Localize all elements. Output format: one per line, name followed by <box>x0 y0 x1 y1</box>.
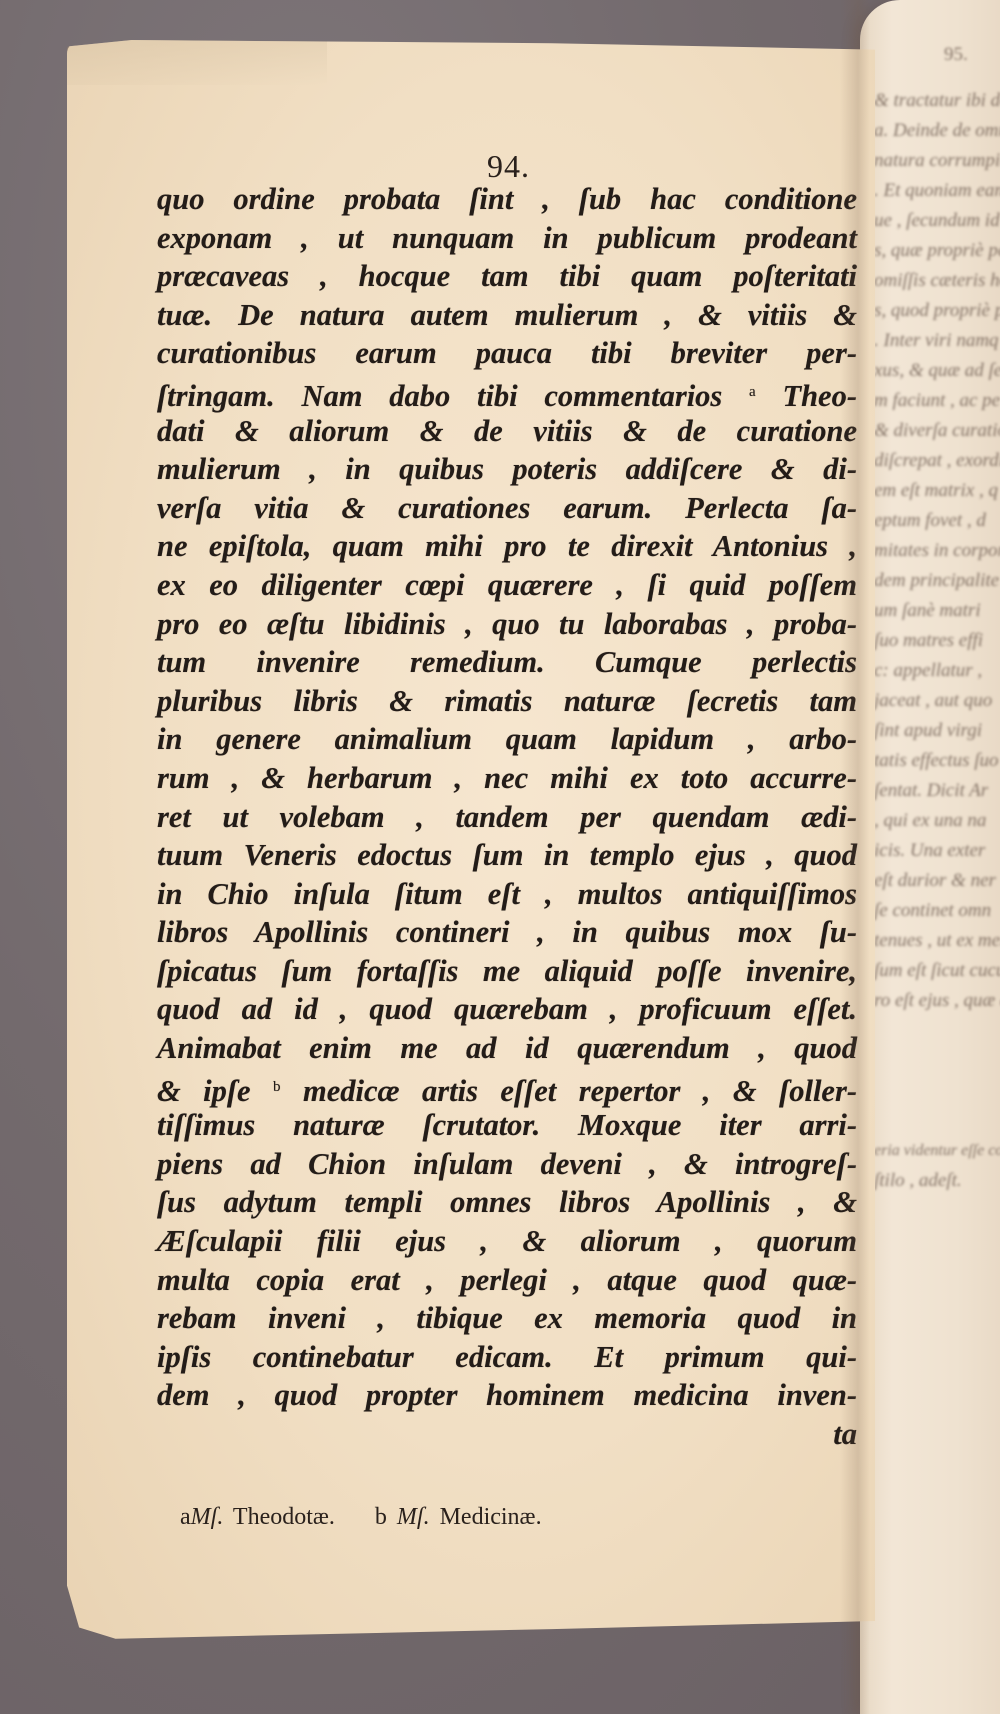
right-line: um ſanè matri <box>874 596 1000 626</box>
right-line: em eſt matrix , q <box>874 476 1000 506</box>
footnote-marker-a: a <box>749 384 756 400</box>
right-line: & tractatur ibi de ſe <box>874 86 1000 116</box>
text-line: ipſis continebatur edicam. Et primum qui… <box>157 1338 857 1377</box>
text-line: tuæ. De natura autem mulierum , & vitiis… <box>157 296 857 335</box>
right-line: tatis effectus ſuo <box>874 746 1000 776</box>
right-line: ue , ſecundum id <box>874 206 1000 236</box>
right-line: eptum fovet , d <box>874 506 1000 536</box>
text-line: piens ad Chion inſulam deveni , & introg… <box>157 1145 857 1184</box>
right-page-number: 95. <box>874 40 1000 70</box>
text-segment: medicæ artis eſſet repertor , & ſoller- <box>303 1074 857 1108</box>
text-segment: ſtringam. Nam dabo tibi commentarios <box>157 379 722 413</box>
text-line: dem , quod propter hominem medicina inve… <box>157 1376 857 1415</box>
text-line: ex eo diligenter cœpi quærere , ſi quid … <box>157 566 857 605</box>
body-text: quo ordine probata ſint , ſub hac condit… <box>157 180 857 1454</box>
right-line: ſuo matres effi <box>874 626 1000 656</box>
right-line: ſint apud virgi <box>874 716 1000 746</box>
text-line: dati & aliorum & de vitiis & de curation… <box>157 412 857 451</box>
text-line: tuum Veneris edoctus ſum in templo ejus … <box>157 836 857 875</box>
text-line: tum invenire remedium. Cumque perlectis <box>157 643 857 682</box>
right-line: icis. Una exter <box>874 836 1000 866</box>
right-line: m faciunt , ac pe <box>874 386 1000 416</box>
right-line: mitates in corpor <box>874 536 1000 566</box>
text-line: rebam inveni , tibique ex memoria quod i… <box>157 1299 857 1338</box>
footnote-a-abbr: Mſ. <box>191 1504 224 1530</box>
right-line: & diverſa curatio <box>874 416 1000 446</box>
text-line: ret ut volebam , tandem per quendam ædi- <box>157 798 857 837</box>
text-line-with-note-a: ſtringam. Nam dabo tibi commentarios a T… <box>157 373 857 412</box>
text-line: Æſculapii filii ejus , & aliorum , quoru… <box>157 1222 857 1261</box>
right-footnote-line: eria videntur eſſe cor <box>874 1136 1000 1166</box>
footnote-b-text: Medicinæ. <box>440 1504 542 1530</box>
text-line: ne epiſtola, quam mihi pro te direxit An… <box>157 527 857 566</box>
right-line: tenues , ut ex mem <box>874 926 1000 956</box>
right-line: . Et quoniam eam par <box>874 176 1000 206</box>
text-line: quod ad id , quod quærebam , proficuum e… <box>157 990 857 1029</box>
footnote-a-text: Theodotæ. <box>233 1504 335 1530</box>
right-line: , qui ex una na <box>874 806 1000 836</box>
right-line: ſentat. Dicit Ar <box>874 776 1000 806</box>
footnote-b-abbr: Mſ. <box>397 1504 430 1530</box>
right-line: s, quod propriè perti <box>874 296 1000 326</box>
text-line: curationibus earum pauca tibi breviter p… <box>157 334 857 373</box>
right-line: c: appellatur , <box>874 656 1000 686</box>
right-line: eſt durior & ner <box>874 866 1000 896</box>
text-line: verſa vitia & curationes earum. Perlecta… <box>157 489 857 528</box>
text-line: exponam , ut nunquam in publicum prodean… <box>157 219 857 258</box>
text-line: rum , & herbarum , nec mihi ex toto accu… <box>157 759 857 798</box>
right-line: omiſſis cæteris hoc vid <box>874 266 1000 296</box>
right-line: s, quæ propriè pertin <box>874 236 1000 266</box>
right-line: dem principalite <box>874 566 1000 596</box>
right-line: jaceat , aut quo <box>874 686 1000 716</box>
right-line: a. Deinde de omnibus <box>874 116 1000 146</box>
footnote-a-marker: a <box>180 1504 191 1530</box>
text-line: præcaveas , hocque tam tibi quam poſteri… <box>157 257 857 296</box>
text-line: quo ordine probata ſint , ſub hac condit… <box>157 180 857 219</box>
footnote-b-marker: b <box>375 1504 387 1530</box>
text-line: ſus adytum templi omnes libros Apollinis… <box>157 1183 857 1222</box>
text-line: tiſſimus naturæ ſcrutator. Moxque iter a… <box>157 1106 857 1145</box>
text-line: in genere animalium quam lapidum , arbo- <box>157 720 857 759</box>
right-line: . Inter viri namq <box>874 326 1000 356</box>
page-fold-crease <box>67 40 327 85</box>
text-line: libros Apollinis contineri , in quibus m… <box>157 913 857 952</box>
text-line: pluribus libris & rimatis naturæ ſecreti… <box>157 682 857 721</box>
text-line: mulierum , in quibus poteris addiſcere &… <box>157 450 857 489</box>
footnote-marker-b: b <box>273 1079 281 1095</box>
right-line: ſe continet omn <box>874 896 1000 926</box>
text-line: in Chio inſula ſitum eſt , multos antiqu… <box>157 875 857 914</box>
gutter-shadow <box>840 0 870 1714</box>
right-line: ro eſt ejus , quæ ad <box>874 986 1000 1016</box>
text-line-with-note-b: & ipſe b medicæ artis eſſet repertor , &… <box>157 1068 857 1107</box>
left-page: 94. quo ordine probata ſint , ſub hac co… <box>67 40 875 1650</box>
right-line: xus, & quæ ad ſexu <box>874 356 1000 386</box>
text-line: Animabat enim me ad id quærendum , quod <box>157 1029 857 1068</box>
right-footnote-line: ſtilo , adeſt. <box>874 1166 1000 1196</box>
text-line: pro eo æſtu libidinis , quo tu laborabas… <box>157 605 857 644</box>
footnotes: aMſ. Theodotæ. b Mſ. Medicinæ. <box>180 1504 542 1531</box>
right-line: natura corrumpitur <box>874 146 1000 176</box>
text-line: multa copia erat , perlegi , atque quod … <box>157 1261 857 1300</box>
right-facing-page: 95. & tractatur ibi de ſe a. Deinde de o… <box>860 0 1000 1714</box>
right-line: ſum eſt ſicut cucur <box>874 956 1000 986</box>
catchword: ta <box>157 1415 857 1454</box>
text-line: ſpicatus ſum fortaſſis me aliquid poſſe … <box>157 952 857 991</box>
right-line: diſcrepat , exordi <box>874 446 1000 476</box>
text-segment: & ipſe <box>157 1074 251 1108</box>
right-page-text: 95. & tractatur ibi de ſe a. Deinde de o… <box>874 40 1000 1196</box>
